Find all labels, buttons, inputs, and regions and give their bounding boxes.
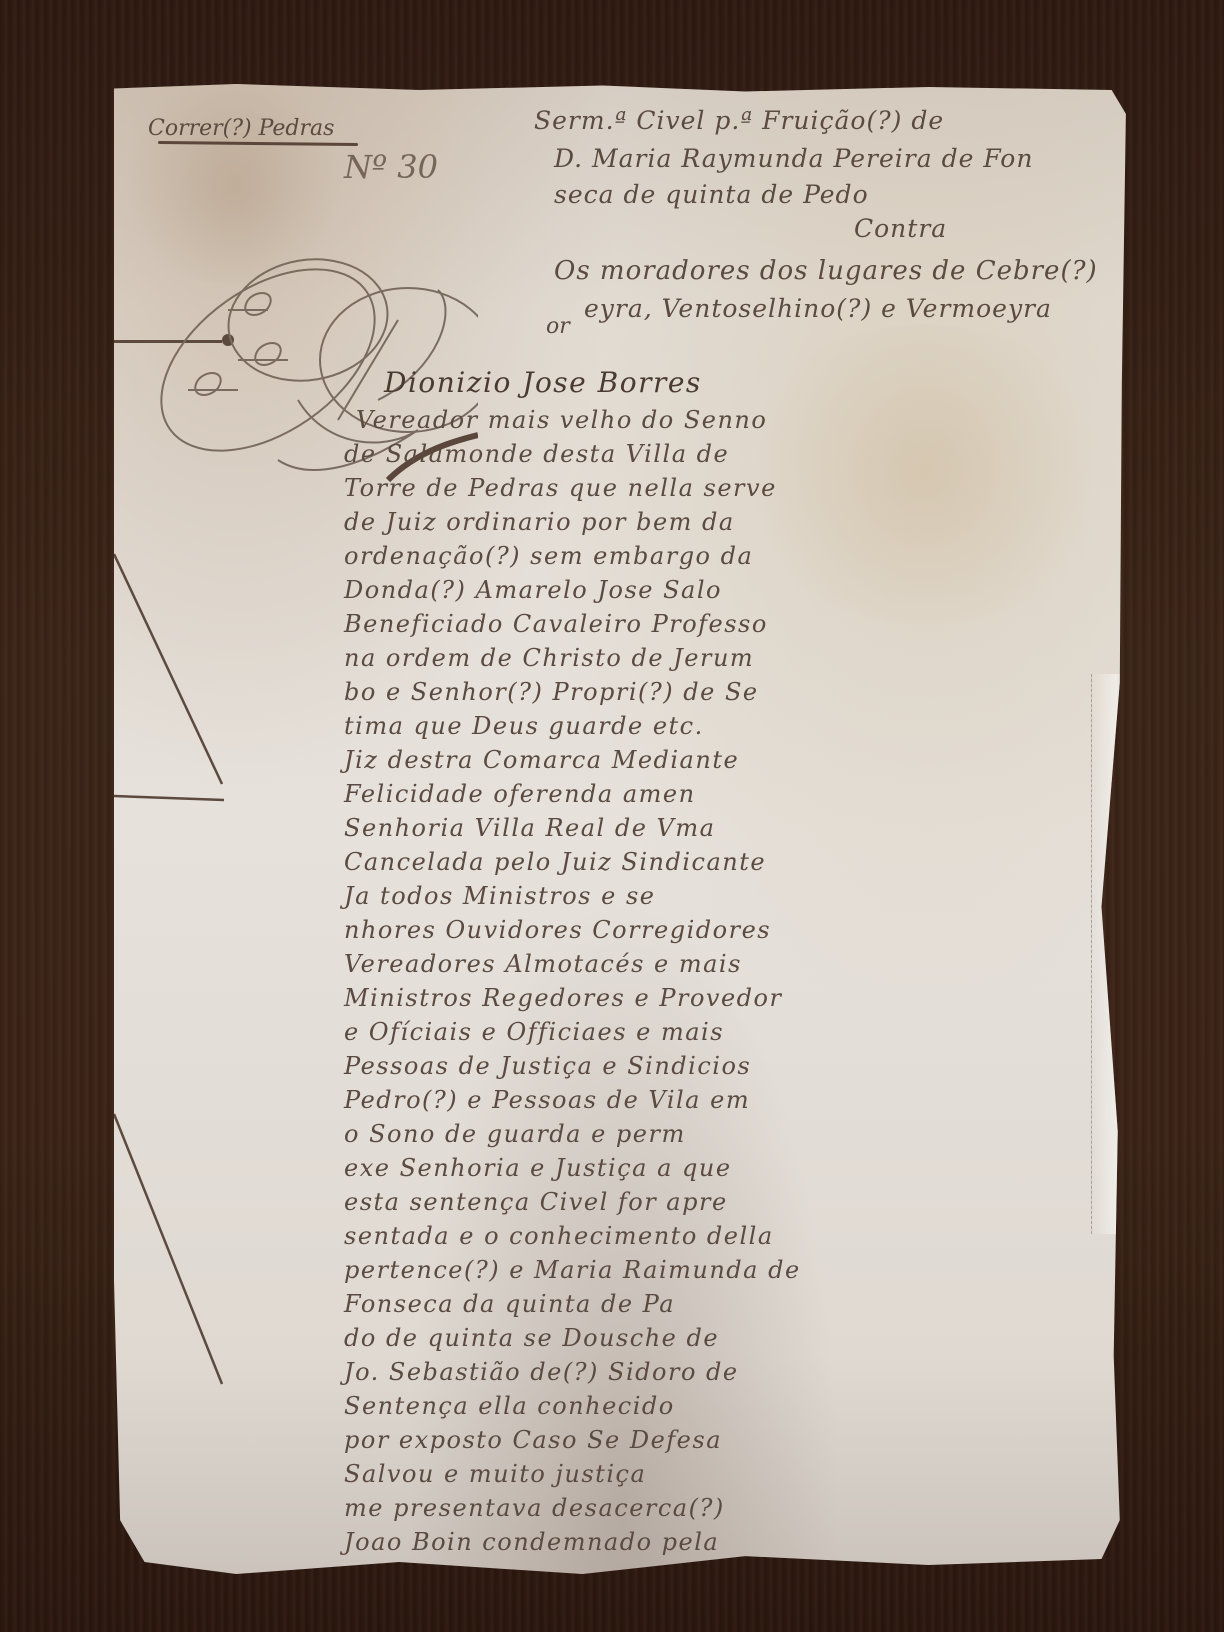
body-line: exe Senhoria e Justiça a que [344,1154,732,1182]
body-line: Cancelada pelo Juiz Sindicante [344,848,766,876]
body-line: Vereadores Almotacés e mais [344,950,742,978]
title-line: seca de quinta de Pedo [554,180,869,209]
body-line: Beneficiado Cavaleiro Professo [344,610,768,638]
body-line: Pedro(?) e Pessoas de Vila em [344,1086,750,1114]
body-line: e Ofíciais e Officiaes e mais [344,1018,724,1046]
manuscript-page: Correr(?) Pedras Nº 30 Serm.ª Civel p.ª … [114,84,1132,1580]
body-line: o Sono de guarda e perm [344,1120,686,1148]
body-line: de Salamonde desta Villa de [344,440,729,468]
body-line: por exposto Caso Se Defesa [344,1426,722,1454]
title-line: eyra, Ventoselhino(?) e Vermoeyra [584,294,1052,323]
body-line: Jiz destra Comarca Mediante [344,746,739,774]
body-line: esta sentença Civel for apre [344,1188,728,1216]
body-line: Felicidade oferenda amen [344,780,696,808]
body-line: sentada e o conhecimento della [344,1222,774,1250]
title-line: D. Maria Raymunda Pereira de Fon [554,144,1033,173]
monogram-trailing-text: or [546,314,570,339]
body-line: nhores Ouvidores Corregidores [344,916,771,944]
age-stain [734,324,1114,624]
body-line: de Juiz ordinario por bem da [344,508,735,536]
body-line: Jo. Sebastião de(?) Sidoro de [344,1358,739,1386]
body-line: Dionizio Jose Borres [384,366,702,399]
title-line: Contra [854,214,947,243]
body-line: Sentença ella conhecido [344,1392,675,1420]
body-line: ordenação(?) sem embargo da [344,542,753,570]
body-line: Vereador mais velho do Senno [356,406,767,434]
body-line: Torre de Pedras que nella serve [344,474,777,502]
body-line: me presentava desacerca(?) [344,1494,725,1522]
body-line: na ordem de Christo de Jerum [344,644,754,672]
body-line: do de quinta se Dousche de [344,1324,719,1352]
title-line: Serm.ª Civel p.ª Fruição(?) de [534,106,944,135]
body-line: bo e Senhor(?) Propri(?) de Se [344,678,759,706]
body-line: tima que Deus guarde etc. [344,712,704,740]
body-line: Fonseca da quinta de Pa [344,1290,675,1318]
title-line: Os moradores dos lugares de Cebre(?) [554,256,1098,286]
body-line: Joao Boin condemnado pela [344,1528,719,1556]
body-line: Senhoria Villa Real de Vma [344,814,715,842]
body-line: pertence(?) e Maria Raimunda de [344,1256,801,1284]
body-line: Ministros Regedores e Provedor [344,984,782,1012]
body-line: Donda(?) Amarelo Jose Salo [344,576,722,604]
body-line: Ja todos Ministros e se [344,882,655,910]
body-line: Pessoas de Justiça e Sindicios [344,1052,751,1080]
body-line: Salvou e muito justiça [344,1460,646,1488]
